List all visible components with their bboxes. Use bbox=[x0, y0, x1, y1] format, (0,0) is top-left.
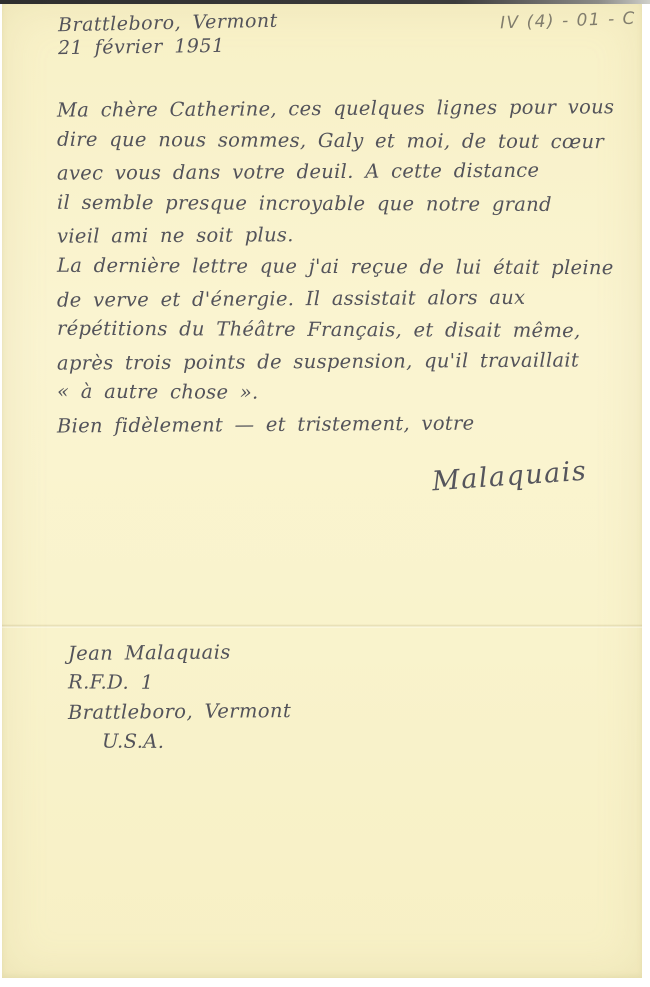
signature: Malaquais bbox=[431, 456, 588, 498]
closing-line: Bien fidèlement — et tristement, votre bbox=[57, 412, 475, 438]
body-line: vieil ami ne soit plus. bbox=[57, 222, 607, 257]
sender-name: Jean Malaquais bbox=[68, 640, 291, 671]
scanned-letter: Brattleboro, Vermont 21 février 1951 IV … bbox=[0, 0, 650, 987]
letter-body: Ma chère Catherine, ces quelques lignes … bbox=[57, 97, 607, 413]
body-line: après trois points de suspension, qu'il … bbox=[57, 348, 607, 383]
body-line: Ma chère Catherine, ces quelques lignes … bbox=[57, 95, 607, 130]
scan-edge-top bbox=[0, 0, 650, 4]
letter-paper: Brattleboro, Vermont 21 février 1951 IV … bbox=[2, 3, 642, 978]
sender-address-block: Jean Malaquais R.F.D. 1 Brattleboro, Ver… bbox=[68, 641, 291, 759]
body-line: « à autre chose ». bbox=[57, 380, 607, 414]
body-line: répétitions du Théâtre Français, et disa… bbox=[57, 317, 607, 351]
body-line: dire que nous sommes, Galy et moi, de to… bbox=[57, 127, 607, 161]
body-line: de verve et d'énergie. Il assistait alor… bbox=[57, 285, 607, 320]
archive-reference-pencil: IV (4) - 01 - C bbox=[500, 9, 637, 34]
body-line: avec vous dans votre deuil. A cette dist… bbox=[57, 159, 607, 194]
fold-crease bbox=[2, 624, 642, 628]
sender-address-line: U.S.A. bbox=[68, 729, 291, 760]
sender-address-line: R.F.D. 1 bbox=[68, 670, 291, 701]
body-line: La dernière lettre que j'ai reçue de lui… bbox=[57, 254, 607, 288]
sender-address-line: Brattleboro, Vermont bbox=[68, 699, 291, 730]
scan-edge-bottom bbox=[0, 978, 650, 987]
letter-date: 21 février 1951 bbox=[58, 35, 225, 59]
letter-place: Brattleboro, Vermont bbox=[58, 10, 278, 37]
body-line: il semble presque incroyable que notre g… bbox=[57, 191, 607, 225]
